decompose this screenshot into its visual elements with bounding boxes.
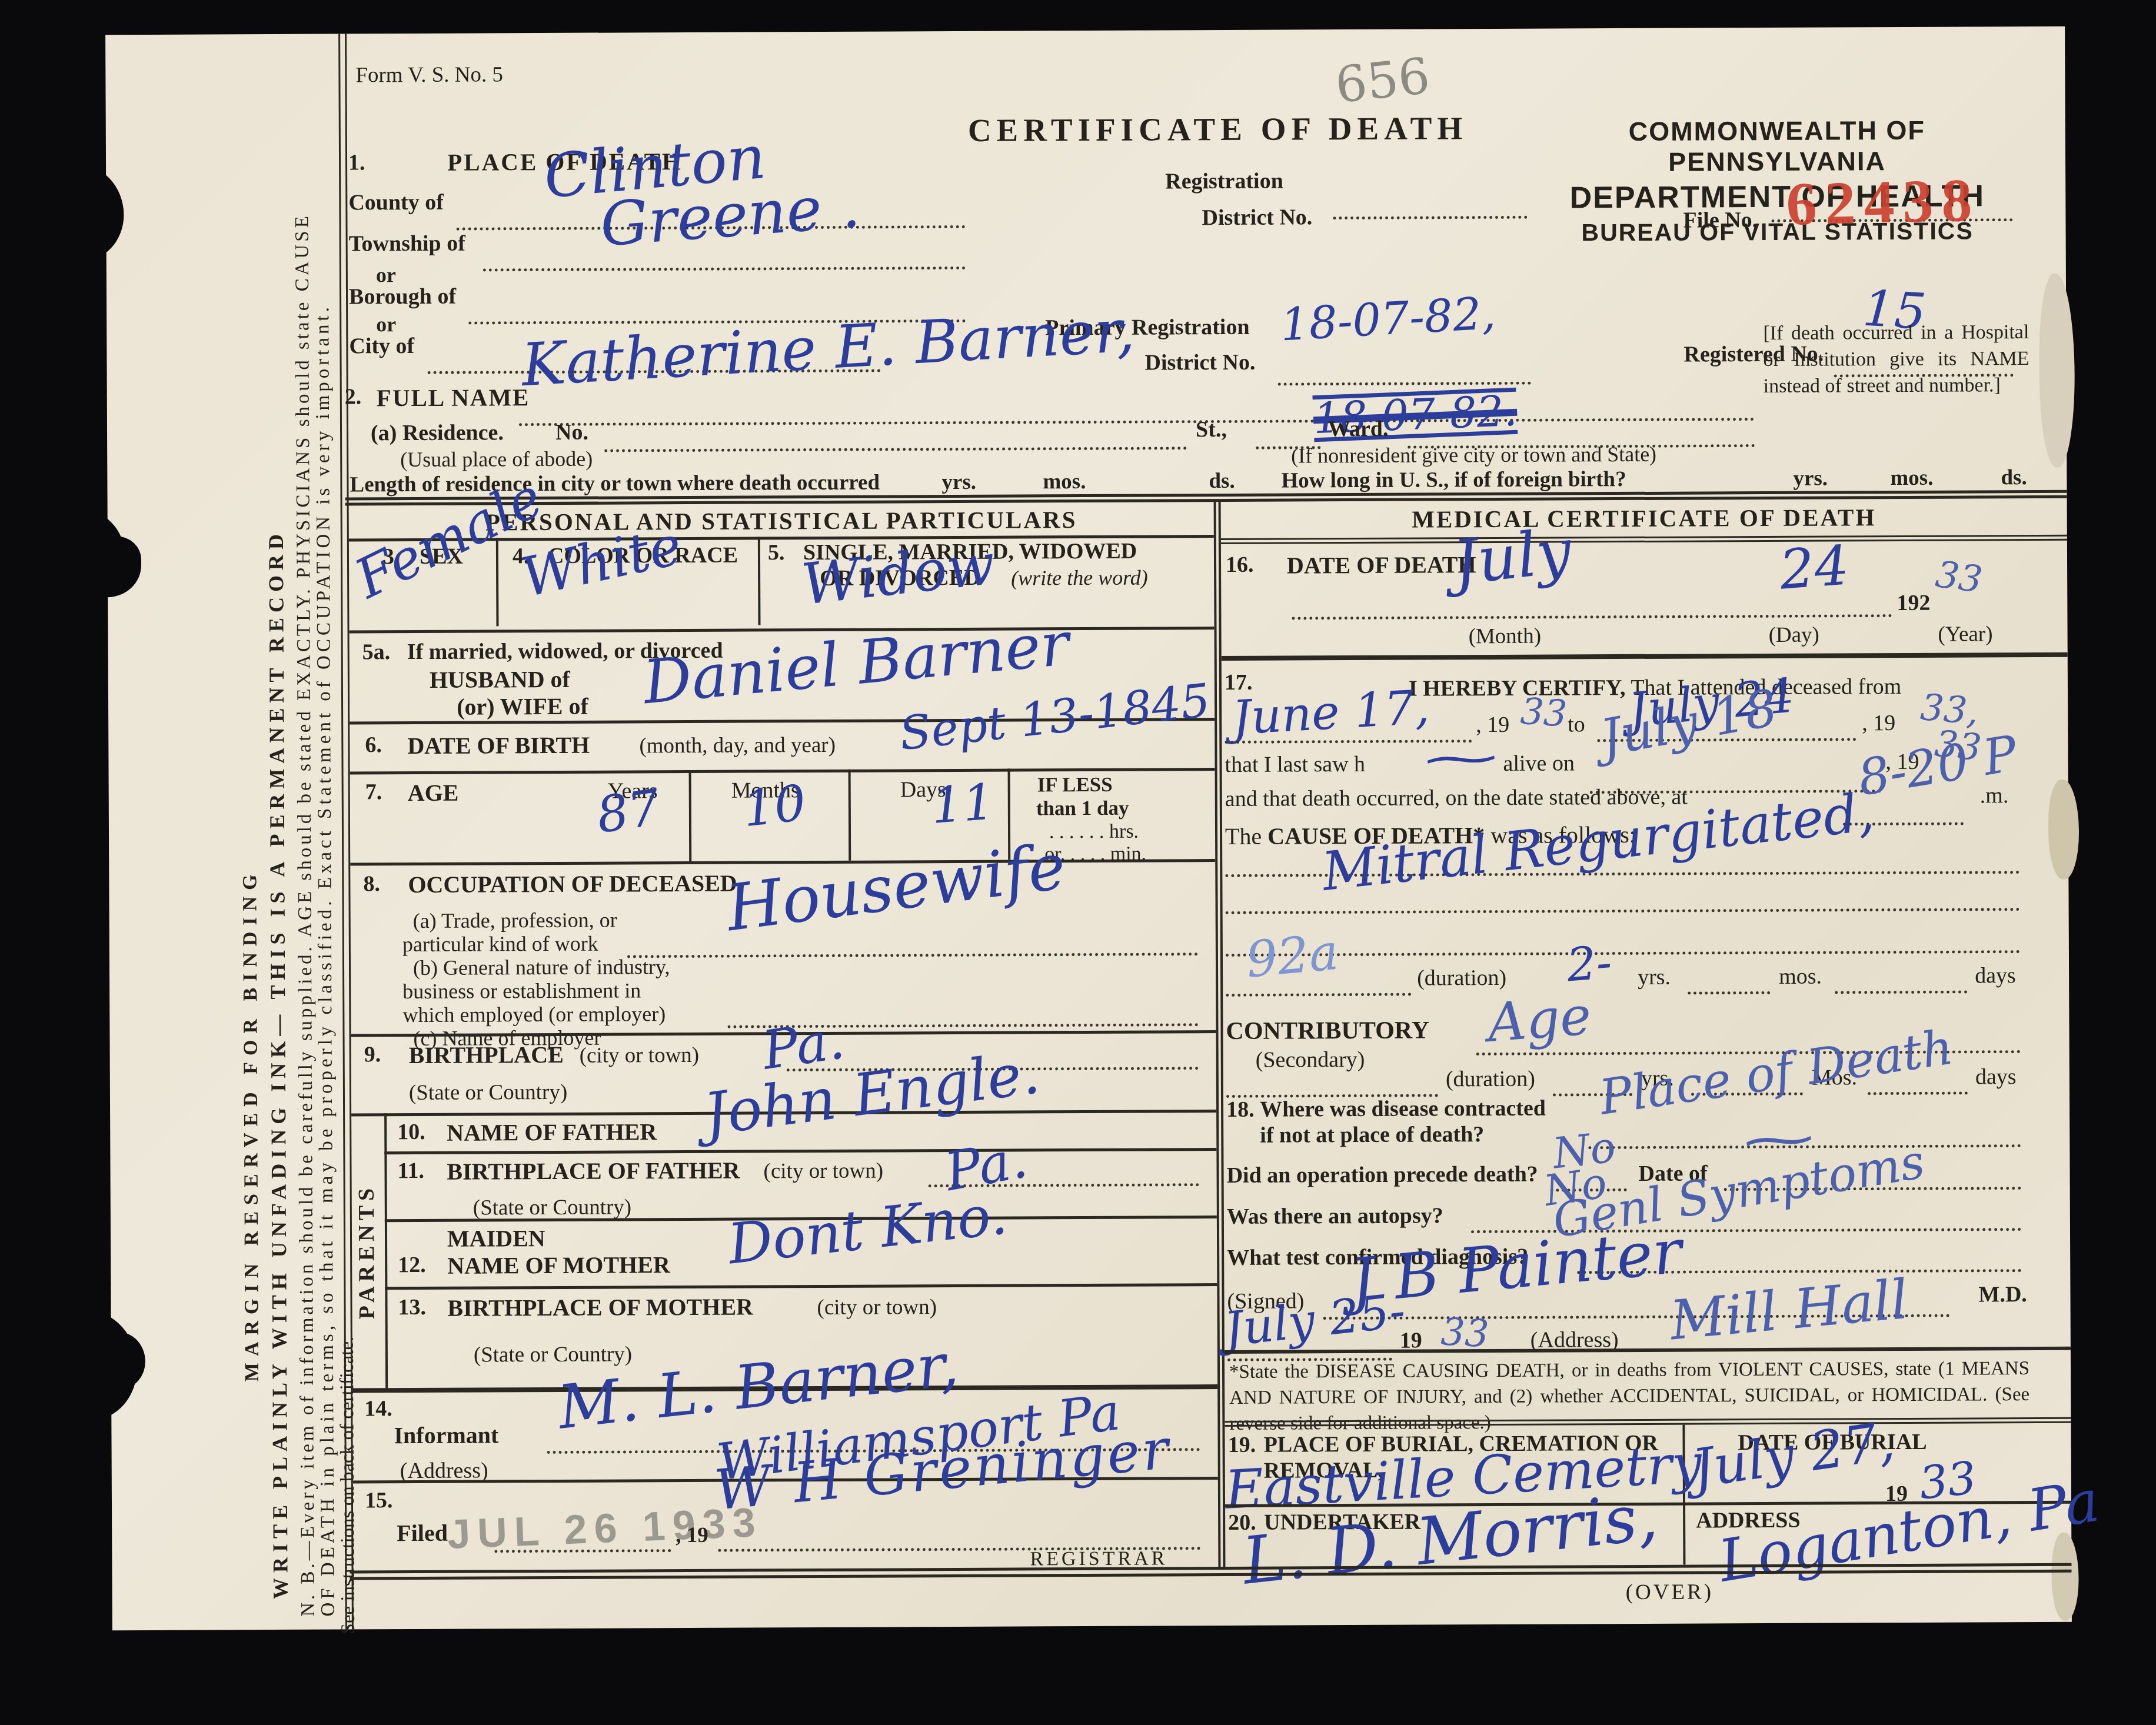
mother-label: NAME OF MOTHER xyxy=(447,1253,670,1278)
father-bp-sub1: (city or town) xyxy=(763,1160,883,1184)
mother-value-handwritten: Dont Kno. xyxy=(726,1190,1009,1270)
dod-month-label: (Month) xyxy=(1469,625,1541,648)
age-days-value-handwritten: 11 xyxy=(930,780,996,828)
dod-day-label: (Day) xyxy=(1768,624,1819,647)
dod-label: DATE OF DEATH xyxy=(1287,552,1476,578)
father-number: 10. xyxy=(397,1121,425,1144)
nonresident-note: (If nonresident give city or town and St… xyxy=(1291,444,1656,468)
dod-year-label: (Year) xyxy=(1938,623,1992,646)
fullname-dots xyxy=(519,413,1755,426)
over-label: (OVER) xyxy=(1626,1581,1714,1604)
certificate-title: CERTIFICATE OF DEATH xyxy=(968,111,1468,147)
file-no-stamp: 62438 xyxy=(1785,165,1981,239)
or-label-2: or xyxy=(376,314,396,336)
county-label: County of xyxy=(348,191,444,215)
primary-district-dots xyxy=(1278,377,1531,386)
spouse-line3: (or) WIFE of xyxy=(457,694,588,720)
dod-year-printed: 192 xyxy=(1897,592,1930,615)
age-hrs: . . . . . . hrs. xyxy=(1049,821,1139,842)
duration1-dots-a xyxy=(1226,988,1411,997)
margin-note-permanent-record: WRITE PLAINLY WITH UNFADING INK— THIS IS… xyxy=(265,517,292,1599)
duration2-label: (duration) xyxy=(1446,1068,1535,1092)
howlong-ds: ds. xyxy=(2001,467,2027,489)
signed-md: M.D. xyxy=(1978,1283,2027,1307)
occupation-label: OCCUPATION OF DECEASED xyxy=(408,871,737,897)
right-edge-tear-1 xyxy=(2039,274,2075,468)
registration-district-dots xyxy=(1333,211,1527,219)
operation-label: Did an operation precede death? xyxy=(1226,1163,1538,1188)
scanned-death-certificate: MARGIN RESERVED FOR BINDING WRITE PLAINL… xyxy=(0,0,2156,1725)
age-months-value-handwritten: 10 xyxy=(741,781,808,832)
registration-district-value-pencil: 656 xyxy=(1333,46,1433,114)
age-label: AGE xyxy=(408,781,459,805)
duration1-days: days xyxy=(1975,964,2016,988)
contributory-sub: (Secondary) xyxy=(1256,1048,1365,1073)
or-label-1: or xyxy=(376,264,396,287)
length-mos: mos. xyxy=(1043,471,1086,494)
dob-value-handwritten: Sept 13-1845 xyxy=(897,680,1212,755)
age-ifless-2: than 1 day xyxy=(1036,798,1129,820)
parents-divider xyxy=(384,1113,388,1390)
length-residence-label: Length of residence in city or town wher… xyxy=(350,472,880,497)
signed-year-handwritten: 33 xyxy=(1440,1316,1489,1351)
row-divider xyxy=(350,627,1215,633)
birthplace-label: BIRTHPLACE xyxy=(409,1043,564,1068)
occupation-a-dots xyxy=(627,948,1198,958)
certify-intro-bold: I HEREBY CERTIFY, xyxy=(1409,675,1626,701)
howlong-mos: mos. xyxy=(1890,467,1933,490)
contracted-line1: Where was disease contracted xyxy=(1260,1097,1546,1122)
signed-bottom-rule xyxy=(1225,1347,2071,1354)
contracted-number: 18. xyxy=(1226,1098,1255,1122)
residence-no-dots xyxy=(604,442,1187,452)
birthplace-sub2: (State or Country) xyxy=(409,1081,567,1105)
contracted-line2: if not at place of death? xyxy=(1260,1123,1484,1148)
medical-title-rule xyxy=(1221,535,2067,544)
residence-no-label: No. xyxy=(555,421,588,445)
father-label: NAME OF FATHER xyxy=(447,1120,657,1145)
dob-sub: (month, day, and year) xyxy=(639,734,836,758)
spouse-line2: HUSBAND of xyxy=(430,667,570,692)
how-long-us-label: How long in U. S., if of foreign birth? xyxy=(1281,468,1626,492)
parents-vertical-label: PARENTS xyxy=(355,1113,380,1390)
attended-from-year-handwritten: 33 xyxy=(1519,695,1568,731)
cell-divider xyxy=(689,770,692,861)
mother-bp-number: 13. xyxy=(398,1296,426,1320)
last-saw-squiggle: ~ xyxy=(1414,740,1507,778)
birthplace-sub1: (city or town) xyxy=(580,1044,700,1068)
mother-bp-sub1: (city or town) xyxy=(817,1296,937,1320)
dod-bottom-rule xyxy=(1222,652,2068,661)
marital-value-handwritten: Widow xyxy=(799,539,997,611)
filed-dots xyxy=(494,1544,671,1553)
mother-maiden-label: MAIDEN xyxy=(447,1226,545,1251)
father-value-handwritten: John Engle. xyxy=(701,1047,1043,1141)
age-number: 7. xyxy=(365,781,382,804)
father-bp-sub2: (State or Country) xyxy=(473,1196,631,1220)
occupation-a1: (a) Trade, profession, or xyxy=(413,909,617,932)
primary-district-label: District No. xyxy=(1144,351,1255,375)
residence-ward-label: Ward. xyxy=(1328,418,1389,441)
dob-label: DATE OF BIRTH xyxy=(407,733,590,758)
duration1-dots-b xyxy=(1688,987,1770,995)
dod-dots xyxy=(1292,610,1892,620)
township-label: Township of xyxy=(349,232,465,257)
duration1-label: (duration) xyxy=(1417,967,1506,991)
autopsy-label: Was there an autopsy? xyxy=(1227,1204,1443,1228)
punch-hole-top xyxy=(31,163,124,262)
informant-number: 14. xyxy=(364,1397,392,1421)
personal-column: PERSONAL AND STATISTICAL PARTICULARS 3. … xyxy=(349,502,1226,1570)
father-bp-label: BIRTHPLACE OF FATHER xyxy=(447,1158,740,1184)
contracted-value-handwritten: Place of Death xyxy=(1597,1026,1956,1120)
place-section-number: 1. xyxy=(348,151,365,175)
cell-divider xyxy=(758,537,761,625)
occupation-number: 8. xyxy=(363,873,380,896)
contributory-value-handwritten: Age xyxy=(1486,992,1592,1047)
occupation-b3: which employed (or employer) xyxy=(402,1003,666,1027)
duration1-yrs: yrs. xyxy=(1638,966,1671,990)
duration1-value-handwritten: 2- xyxy=(1565,942,1613,987)
marital-number: 5. xyxy=(768,541,785,565)
howlong-yrs: yrs. xyxy=(1793,468,1828,491)
occupation-b1: (b) General nature of industry, xyxy=(413,956,670,980)
registration-district-label: District No. xyxy=(1202,206,1312,230)
duration1-mos: mos. xyxy=(1779,965,1822,989)
mother-number: 12. xyxy=(398,1254,426,1277)
cause-label-pre: The xyxy=(1225,823,1267,850)
death-occurred-label: and that death occurred, on the date sta… xyxy=(1225,786,1688,811)
medical-column: MEDICAL CERTIFICATE OF DEATH 16. DATE OF… xyxy=(1221,498,2072,1567)
occupation-value-handwritten: Housewife xyxy=(723,838,1069,937)
primary-district-value-handwritten: 18-07-82, xyxy=(1279,293,1496,345)
death-time-m: .m. xyxy=(1980,784,2009,808)
age-ifless-1: IF LESS xyxy=(1037,774,1113,796)
form-number: Form V. S. No. 5 xyxy=(355,64,503,87)
age-years-value-handwritten: 87 xyxy=(594,785,663,838)
fullname-number: 2. xyxy=(345,385,362,409)
duration1-dots-c xyxy=(1835,985,1967,994)
informant-label: Informant xyxy=(394,1423,498,1448)
certify-19b: , 19 xyxy=(1862,712,1895,735)
hospital-note: [If death occurred in a Hospital or Inst… xyxy=(1763,319,2029,400)
contributory-label: CONTRIBUTORY xyxy=(1226,1017,1429,1044)
township-dots xyxy=(483,262,966,272)
registration-label: Registration xyxy=(1165,170,1283,194)
township-value-handwritten: Greene . xyxy=(598,179,861,252)
cell-divider xyxy=(496,538,499,626)
occupation-a2: particular kind of work xyxy=(402,933,598,956)
father-bp-number: 11. xyxy=(397,1160,424,1183)
residence-label: (a) Residence. xyxy=(371,421,504,445)
occupation-b2: business or establishment in xyxy=(402,980,641,1003)
margin-note-binding: MARGIN RESERVED FOR BINDING xyxy=(239,852,263,1381)
residence-st-label: St., xyxy=(1196,418,1227,442)
row-divider xyxy=(384,1148,1216,1154)
filed-19-printed: , 19 xyxy=(676,1524,708,1547)
dod-number: 16. xyxy=(1226,554,1254,577)
length-ds: ds. xyxy=(1209,470,1235,493)
mother-bp-sub2: (State or Country) xyxy=(474,1343,632,1367)
abode-note: (Usual place of abode) xyxy=(400,448,593,471)
cause-code-pencil: 92a xyxy=(1245,930,1340,983)
burial-number: 19. xyxy=(1227,1434,1256,1457)
mother-bp-label: BIRTHPLACE OF MOTHER xyxy=(447,1294,753,1320)
spouse-number: 5a. xyxy=(362,641,391,664)
signed-address-handwritten: Mill Hall xyxy=(1668,1276,1911,1346)
borough-label: Borough of xyxy=(349,285,456,309)
dod-day-handwritten: 24 xyxy=(1778,541,1851,595)
birthplace-number: 9. xyxy=(364,1043,381,1067)
row-divider xyxy=(385,1283,1217,1290)
duration2-dots-d xyxy=(1868,1087,1968,1095)
city-label: City of xyxy=(349,335,414,358)
filed-number: 15. xyxy=(365,1489,393,1513)
cause-dots-2 xyxy=(1226,903,2020,914)
dod-year-handwritten: 33 xyxy=(1934,558,1984,597)
file-no-label: File No. xyxy=(1683,209,1758,232)
duration2-days: days xyxy=(1975,1065,2017,1089)
medical-title: MEDICAL CERTIFICATE OF DEATH xyxy=(1221,504,2067,533)
dod-month-handwritten: July xyxy=(1450,524,1574,591)
marital-label3: (write the word) xyxy=(1011,567,1148,590)
cause-dots-3 xyxy=(1226,945,2020,957)
fullname-label: FULL NAME xyxy=(377,385,530,411)
dob-number: 6. xyxy=(365,734,382,757)
cell-divider xyxy=(849,770,851,861)
last-saw-label: that I last saw h xyxy=(1225,753,1365,777)
alive-on-label: alive on xyxy=(1503,752,1575,775)
certify-to: to xyxy=(1568,713,1585,737)
attended-from-handwritten: June 17, xyxy=(1231,686,1430,740)
filed-label: Filed xyxy=(397,1521,448,1546)
punch-hole-bottom-lobe xyxy=(95,1332,145,1388)
length-yrs: yrs. xyxy=(941,471,976,494)
certificate-paper: MARGIN RESERVED FOR BINDING WRITE PLAINL… xyxy=(105,26,2072,1631)
